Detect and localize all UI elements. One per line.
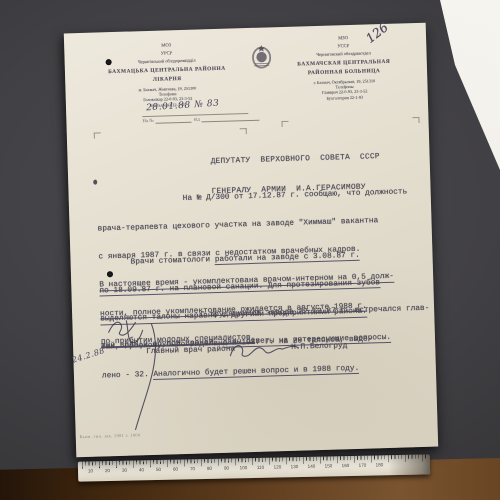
ruler-number: 120 [269, 464, 286, 470]
letterhead-line: Черниговский облздравотдел [262, 49, 424, 59]
ruler-number: 170 [354, 463, 371, 469]
body-line: На № Д/300 от 17.12.87 г. сообщаю, что д… [97, 188, 408, 207]
letterhead-russian: МЗО УССР Черниговский облздравотдел БАХМ… [262, 33, 426, 103]
ruler-number: 150 [320, 463, 337, 469]
corner-mark [412, 117, 419, 123]
ruler-number: 70 [184, 466, 201, 472]
corner-mark [94, 132, 101, 138]
document-paper: 126 МОЗ УРСР Чернігівський облздороввідд… [64, 23, 438, 458]
ruler-number: 180 [371, 462, 388, 468]
recipient-line: ДЕПУТАТУ ВЕРХОВНОГО СОВЕТА СССР [211, 152, 381, 167]
ruler-number: 30 [116, 468, 133, 474]
blank-line [202, 120, 260, 123]
ruler-number: 80 [201, 466, 218, 472]
paragraph-3: С трудящимися завода 22.12.87 г. встреча… [100, 286, 431, 371]
ruler-number: 50 [150, 467, 167, 473]
ruler-number: 10 [82, 468, 99, 474]
reference-label: На № [142, 119, 154, 124]
ruler-number: 20 [99, 468, 116, 474]
reference-label: від [194, 117, 200, 122]
photo-scene: 1020304050607080901001101201301401501601… [0, 0, 500, 500]
body-line: Врачи стоматологи работали на заводе с 3… [99, 251, 380, 269]
corner-mark [240, 128, 247, 134]
ruler-number: 130 [286, 464, 303, 470]
letterhead-line: Чернігівський облздороввідділ [83, 56, 251, 66]
reference-number-line: На №від [142, 116, 262, 125]
ruler-number: 140 [303, 464, 320, 470]
print-shop-imprint: Бахм. тип. зак. 1981 г. 1000 [80, 432, 141, 439]
blank-line [156, 122, 192, 124]
ruler-number: 110 [252, 465, 269, 471]
body-line: С трудящимися завода 22.12.87 г. встреча… [100, 305, 429, 324]
ruler-number: 160 [337, 463, 354, 469]
ruler-number: 60 [167, 466, 184, 472]
ruler-number: 40 [133, 467, 150, 473]
corner-mark [281, 121, 288, 127]
letterhead-ukrainian: МОЗ УРСР Чернігівський облздороввідділ Б… [82, 40, 252, 110]
ruler-number: 100 [235, 465, 252, 471]
ruler-number: 90 [218, 465, 235, 471]
signature-name: Н.П.Белогруд [291, 342, 347, 352]
